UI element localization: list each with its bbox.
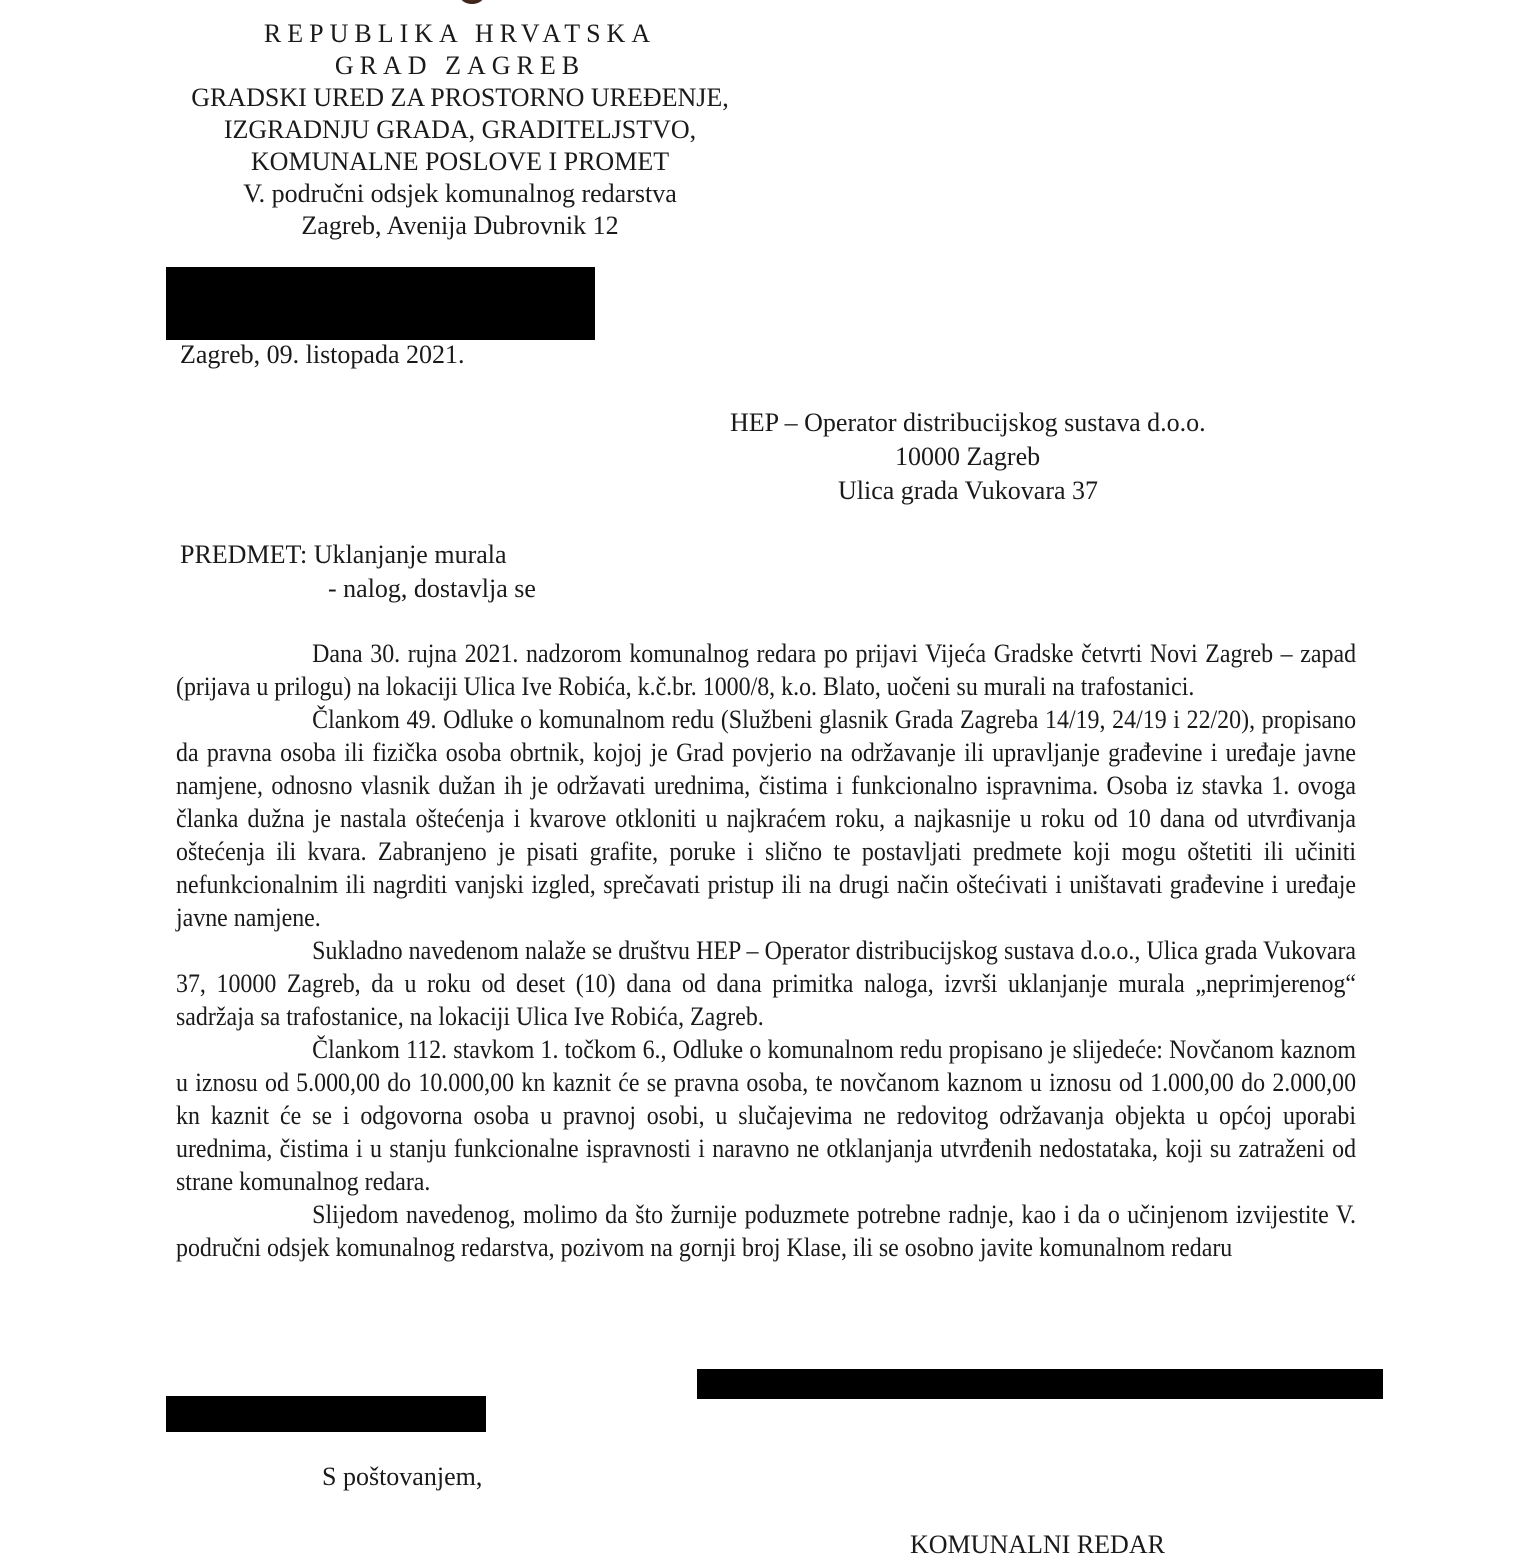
body-paragraph-2: Člankom 49. Odluke o komunalnom redu (Sl…: [176, 703, 1356, 934]
coat-of-arms-emblem: [460, 0, 484, 4]
letterhead-city: GRAD ZAGREB: [160, 50, 760, 82]
body-paragraph-3: Sukladno navedenom nalaže se društvu HEP…: [176, 934, 1356, 1033]
recipient-address: HEP – Operator distribucijskog sustava d…: [730, 406, 1260, 508]
letterhead-office-line2: IZGRADNJU GRADA, GRADITELJSTVO,: [160, 114, 760, 146]
letterhead-office-line3: KOMUNALNE POSLOVE I PROMET: [160, 146, 760, 178]
subject-block: PREDMET: Uklanjanje murala - nalog, dost…: [180, 538, 536, 606]
document-date: Zagreb, 09. listopada 2021.: [180, 340, 465, 370]
letterhead-office-line1: GRADSKI URED ZA PROSTORNO UREĐENJE,: [160, 82, 760, 114]
subject-title: Uklanjanje murala: [314, 540, 507, 569]
redaction-block-reference: [166, 267, 595, 340]
letterhead-address: Zagreb, Avenija Dubrovnik 12: [160, 210, 760, 242]
letter-body: Dana 30. rujna 2021. nadzorom komunalnog…: [176, 637, 1356, 1264]
letterhead-department: V. područni odsjek komunalnog redarstva: [160, 178, 760, 210]
body-paragraph-4: Člankom 112. stavkom 1. točkom 6., Odluk…: [176, 1033, 1356, 1198]
letterhead: REPUBLIKA HRVATSKA GRAD ZAGREB GRADSKI U…: [160, 18, 760, 242]
body-paragraph-1: Dana 30. rujna 2021. nadzorom komunalnog…: [176, 637, 1356, 703]
redaction-block-officer-contact: [166, 1396, 486, 1432]
recipient-city: 10000 Zagreb: [730, 440, 1260, 474]
subject-label: PREDMET:: [180, 540, 307, 569]
signature-title: KOMUNALNI REDAR: [910, 1530, 1165, 1560]
letterhead-country: REPUBLIKA HRVATSKA: [160, 18, 760, 50]
subject-subtitle: - nalog, dostavlja se: [180, 572, 536, 606]
body-paragraph-5: Slijedom navedenog, molimo da što žurnij…: [176, 1198, 1356, 1264]
redaction-block-officer-name: [697, 1369, 1383, 1399]
closing-greeting: S poštovanjem,: [322, 1462, 482, 1492]
recipient-street: Ulica grada Vukovara 37: [730, 474, 1260, 508]
recipient-name: HEP – Operator distribucijskog sustava d…: [730, 406, 1260, 440]
